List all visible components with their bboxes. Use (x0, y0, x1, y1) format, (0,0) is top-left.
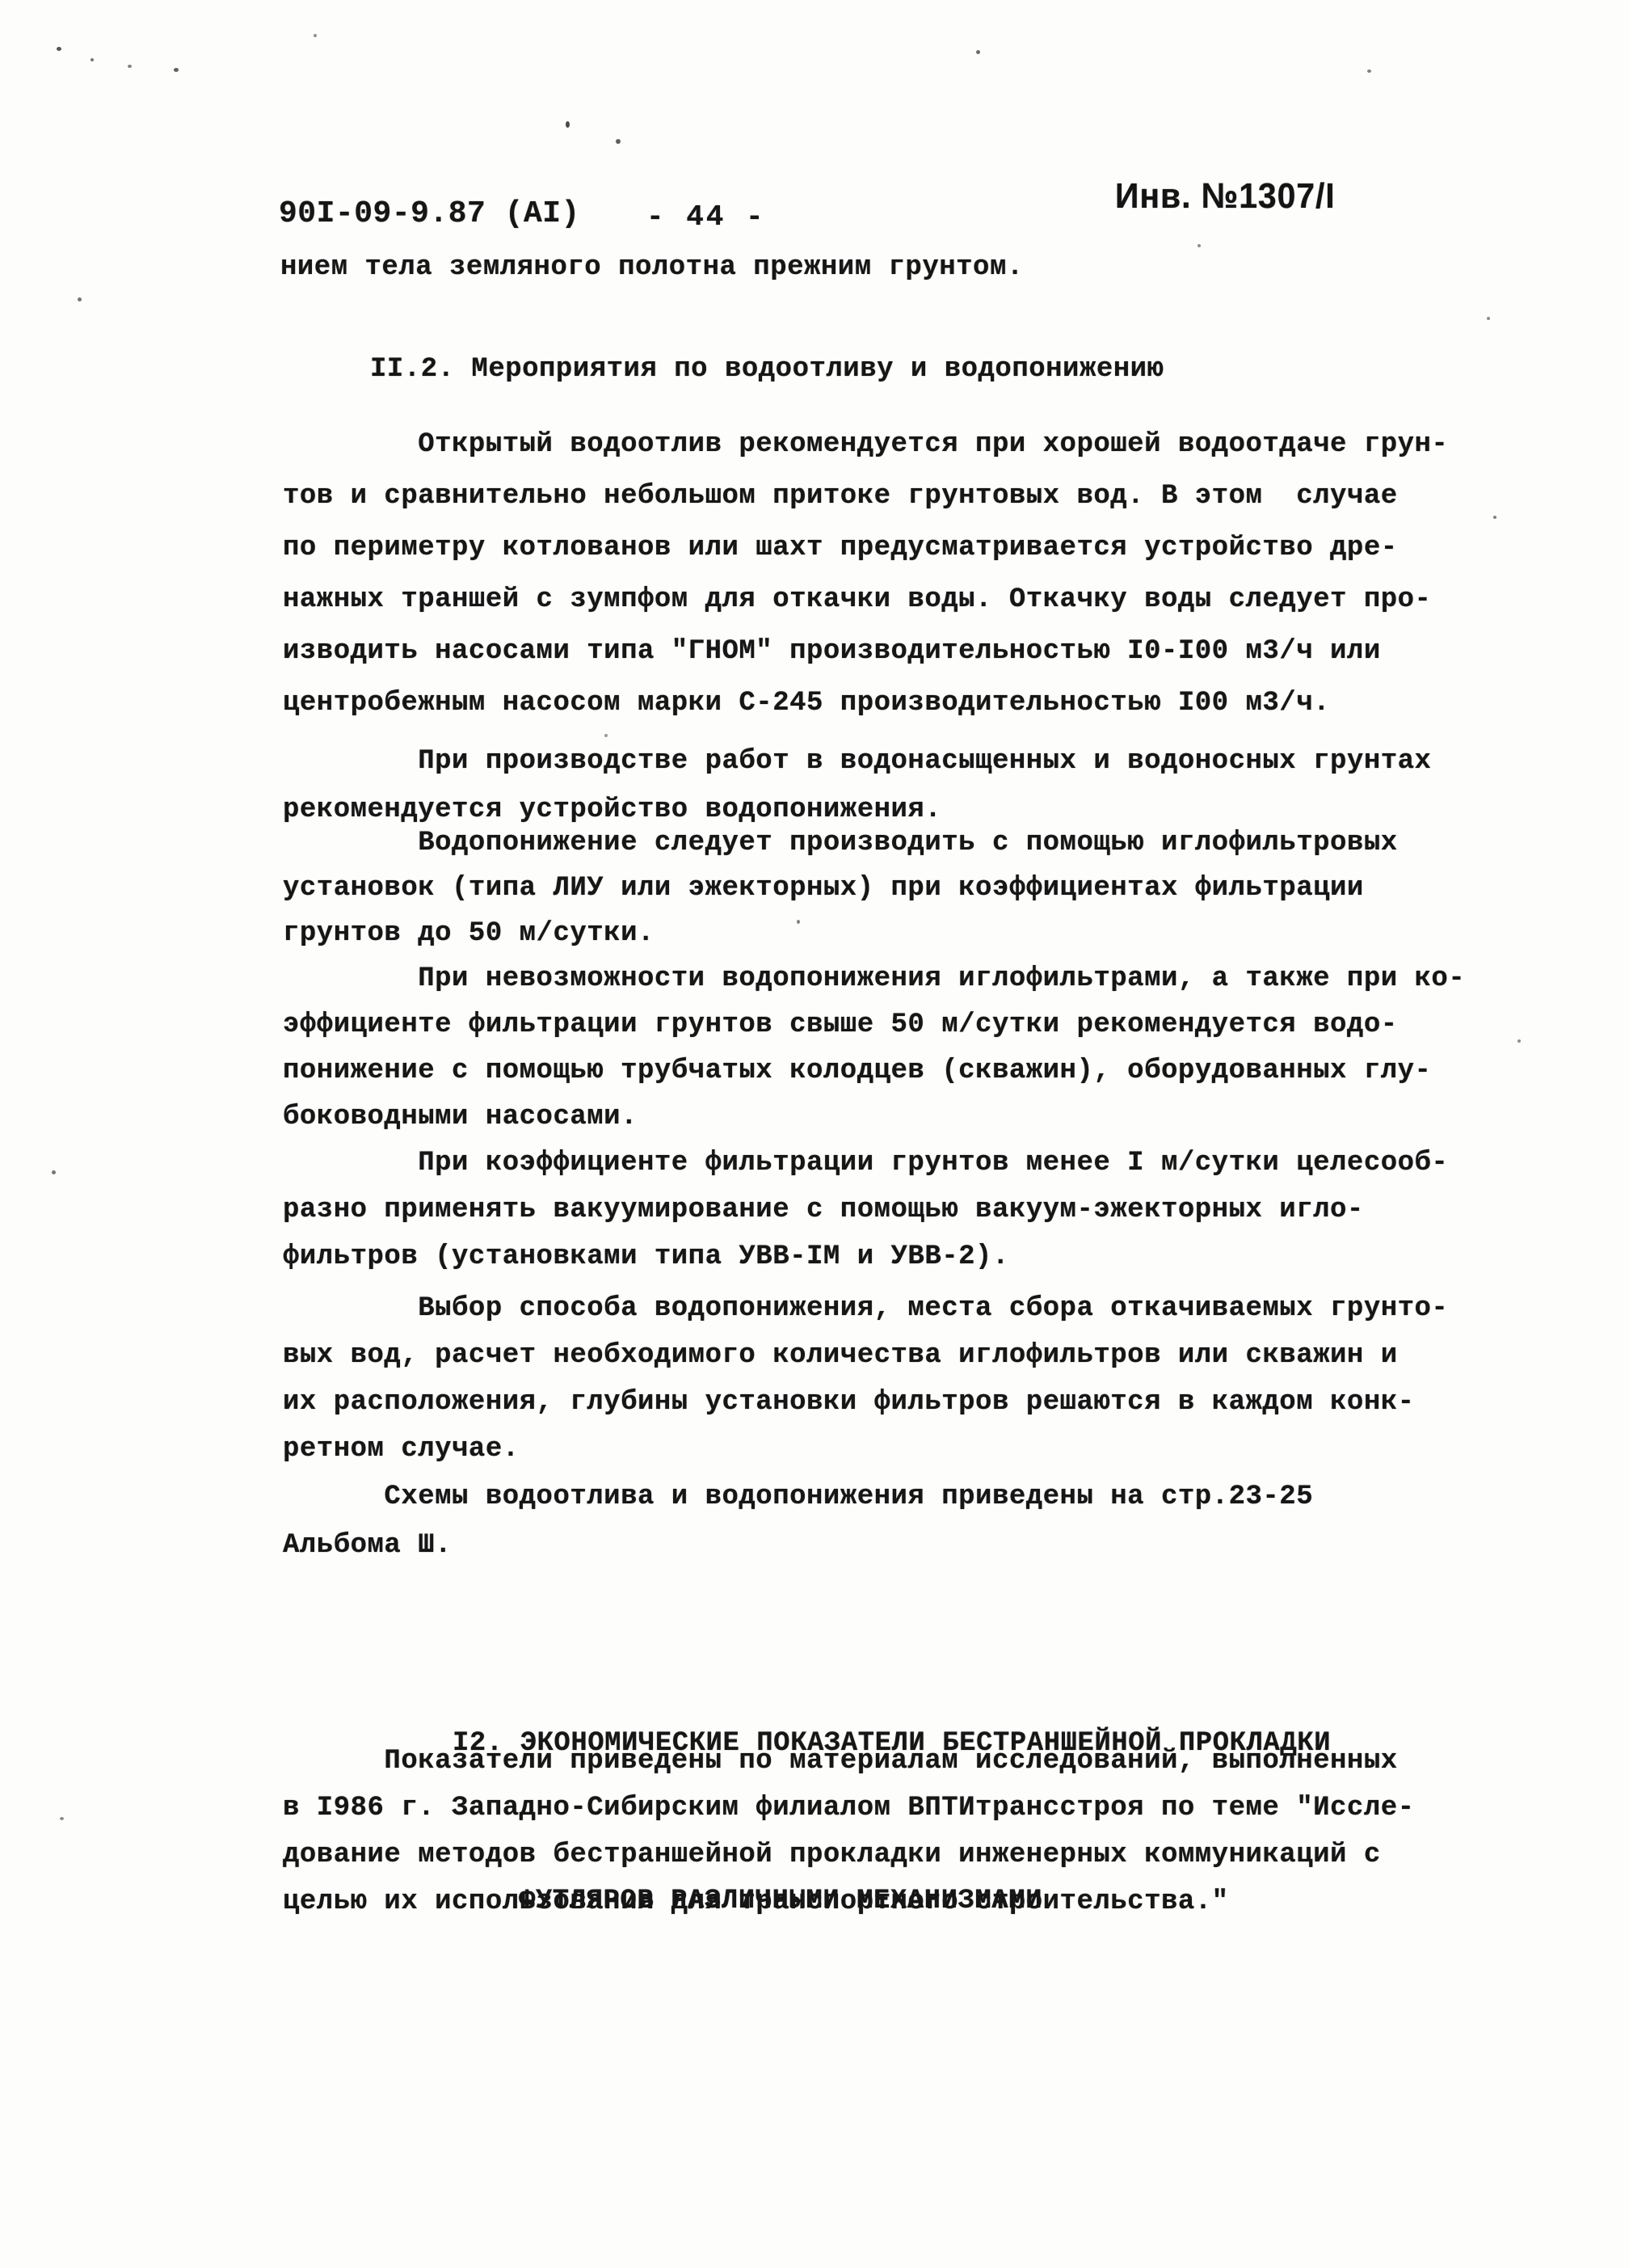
scan-speck (60, 1817, 64, 1820)
inventory-stamp: Инв. №1307/I (1115, 176, 1336, 217)
scan-speck (1493, 516, 1496, 519)
section-11-2-heading: II.2. Мероприятия по водоотливу и водопо… (370, 354, 1164, 385)
scan-speck (174, 68, 179, 72)
scan-speck (314, 34, 317, 37)
scan-speck (616, 139, 621, 144)
scan-speck (604, 734, 608, 737)
scan-speck (1198, 244, 1201, 247)
scan-speck (1487, 317, 1490, 320)
scan-speck (128, 65, 132, 68)
paragraph: При невозможности водопонижения иглофиль… (283, 956, 1465, 1140)
paragraph: Схемы водоотлива и водопонижения приведе… (283, 1473, 1313, 1570)
document-page: 90I-09-9.87 (АI) - 44 - Инв. №1307/I ние… (0, 0, 1629, 2268)
scan-speck (1367, 70, 1371, 73)
paragraph: Показатели приведены по материалам иссле… (283, 1738, 1415, 1925)
scan-speck (1517, 1039, 1521, 1043)
document-number: 90I-09-9.87 (АI) (279, 196, 580, 231)
paragraph: При производстве работ в водонасыщенных … (283, 737, 1431, 834)
paragraph: При коэффициенте фильтрации грунтов мене… (283, 1140, 1448, 1280)
scan-speck (566, 121, 570, 128)
paragraph: Выбор способа водопонижения, места сбора… (283, 1285, 1448, 1473)
scan-speck (797, 920, 800, 924)
paragraph: Открытый водоотлив рекомендуется при хор… (283, 419, 1448, 729)
scan-speck (976, 50, 980, 54)
scan-speck (52, 1170, 56, 1174)
scan-speck (78, 297, 82, 301)
scan-speck (57, 47, 61, 51)
carryover-line: нием тела земляного полотна прежним грун… (280, 252, 1024, 283)
scan-speck (90, 58, 94, 61)
paragraph: Водопонижение следует производить с помо… (283, 820, 1398, 956)
page-number: - 44 - (646, 200, 766, 234)
